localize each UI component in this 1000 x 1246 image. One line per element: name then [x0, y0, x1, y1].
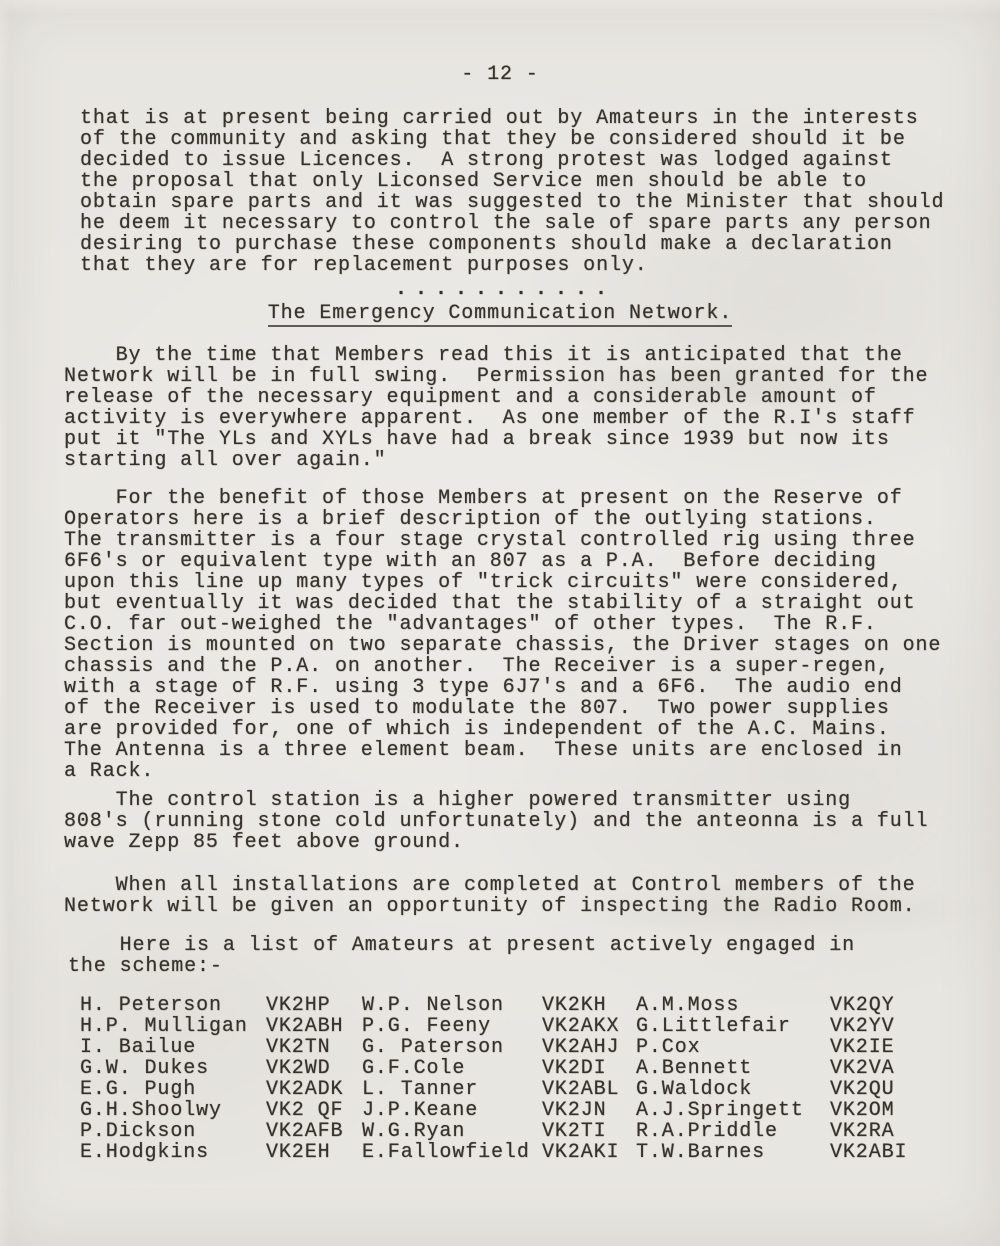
operator-name: H. Peterson — [80, 995, 266, 1016]
callsign: VK2OM — [830, 1100, 1000, 1121]
roster-row: P.DicksonVK2AFBW.G.RyanVK2TIR.A.PriddleV… — [80, 1121, 1000, 1142]
callsign: VK2QU — [830, 1079, 1000, 1100]
dotted-divider: . . . . . . . . . . . — [0, 279, 1000, 300]
callsign: VK2VA — [830, 1058, 1000, 1079]
paragraph-roster-intro: Here is a list of Amateurs at present ac… — [68, 935, 960, 977]
operator-name: A.Bennett — [636, 1058, 830, 1079]
callsign: VK2WD — [266, 1058, 362, 1079]
roster-row: E.G. PughVK2ADKL. TannerVK2ABLG.WaldockV… — [80, 1079, 1000, 1100]
callsign: VK2RA — [830, 1121, 1000, 1142]
callsign: VK2ABI — [830, 1142, 1000, 1163]
callsign: VK2ABL — [542, 1079, 636, 1100]
amateur-roster: H. PetersonVK2HPW.P. NelsonVK2KHA.M.Moss… — [80, 995, 1000, 1163]
callsign: VK2KH — [542, 995, 636, 1016]
callsign: VK2ADK — [266, 1079, 362, 1100]
roster-row: G.H.ShoolwyVK2 QFJ.P.KeaneVK2JNA.J.Sprin… — [80, 1100, 1000, 1121]
paragraph-network-swing: By the time that Members read this it is… — [64, 345, 960, 471]
operator-name: W.P. Nelson — [362, 995, 542, 1016]
roster-row: E.HodgkinsVK2EHE.FallowfieldVK2AKIT.W.Ba… — [80, 1142, 1000, 1163]
operator-name: E.Hodgkins — [80, 1142, 266, 1163]
callsign: VK2AHJ — [542, 1037, 636, 1058]
callsign: VK2TI — [542, 1121, 636, 1142]
paragraph-inspection: When all installations are completed at … — [64, 875, 960, 917]
operator-name: R.A.Priddle — [636, 1121, 830, 1142]
operator-name: P.Dickson — [80, 1121, 266, 1142]
roster-row: G.W. DukesVK2WDG.F.ColeVK2DIA.BennettVK2… — [80, 1058, 1000, 1079]
callsign: VK2DI — [542, 1058, 636, 1079]
paragraph-control-station: The control station is a higher powered … — [64, 790, 960, 853]
operator-name: J.P.Keane — [362, 1100, 542, 1121]
page-number: - 12 - — [0, 0, 1000, 85]
operator-name: E.G. Pugh — [80, 1079, 266, 1100]
scanned-document-page: - 12 - that is at present being carried … — [0, 0, 1000, 1246]
callsign: VK2EH — [266, 1142, 362, 1163]
callsign: VK2YV — [830, 1016, 1000, 1037]
operator-name: A.M.Moss — [636, 995, 830, 1016]
callsign: VK2TN — [266, 1037, 362, 1058]
roster-row: H. PetersonVK2HPW.P. NelsonVK2KHA.M.Moss… — [80, 995, 1000, 1016]
callsign: VK2 QF — [266, 1100, 362, 1121]
operator-name: P.Cox — [636, 1037, 830, 1058]
operator-name: G.F.Cole — [362, 1058, 542, 1079]
callsign: VK2AFB — [266, 1121, 362, 1142]
operator-name: T.W.Barnes — [636, 1142, 830, 1163]
callsign: VK2QY — [830, 995, 1000, 1016]
callsign: VK2AKI — [542, 1142, 636, 1163]
roster-row: I. BailueVK2TNG. PatersonVK2AHJP.CoxVK2I… — [80, 1037, 1000, 1058]
operator-name: E.Fallowfield — [362, 1142, 542, 1163]
operator-name: G.H.Shoolwy — [80, 1100, 266, 1121]
operator-name: G.Waldock — [636, 1079, 830, 1100]
callsign: VK2ABH — [266, 1016, 362, 1037]
section-heading-row: The Emergency Communication Network. — [0, 303, 1000, 327]
operator-name: W.G.Ryan — [362, 1121, 542, 1142]
operator-name: I. Bailue — [80, 1037, 266, 1058]
callsign: VK2JN — [542, 1100, 636, 1121]
operator-name: G. Paterson — [362, 1037, 542, 1058]
operator-name: G.W. Dukes — [80, 1058, 266, 1079]
callsign: VK2HP — [266, 995, 362, 1016]
operator-name: L. Tanner — [362, 1079, 542, 1100]
operator-name: H.P. Mulligan — [80, 1016, 266, 1037]
operator-name: G.Littlefair — [636, 1016, 830, 1037]
callsign: VK2AKX — [542, 1016, 636, 1037]
operator-name: A.J.Springett — [636, 1100, 830, 1121]
callsign: VK2IE — [830, 1037, 1000, 1058]
roster-row: H.P. MulliganVK2ABHP.G. FeenyVK2AKXG.Lit… — [80, 1016, 1000, 1037]
operator-name: P.G. Feeny — [362, 1016, 542, 1037]
paragraph-station-description: For the benefit of those Members at pres… — [64, 488, 960, 782]
section-heading: The Emergency Communication Network. — [268, 303, 732, 327]
paragraph-spare-parts-protest: that is at present being carried out by … — [80, 108, 960, 276]
